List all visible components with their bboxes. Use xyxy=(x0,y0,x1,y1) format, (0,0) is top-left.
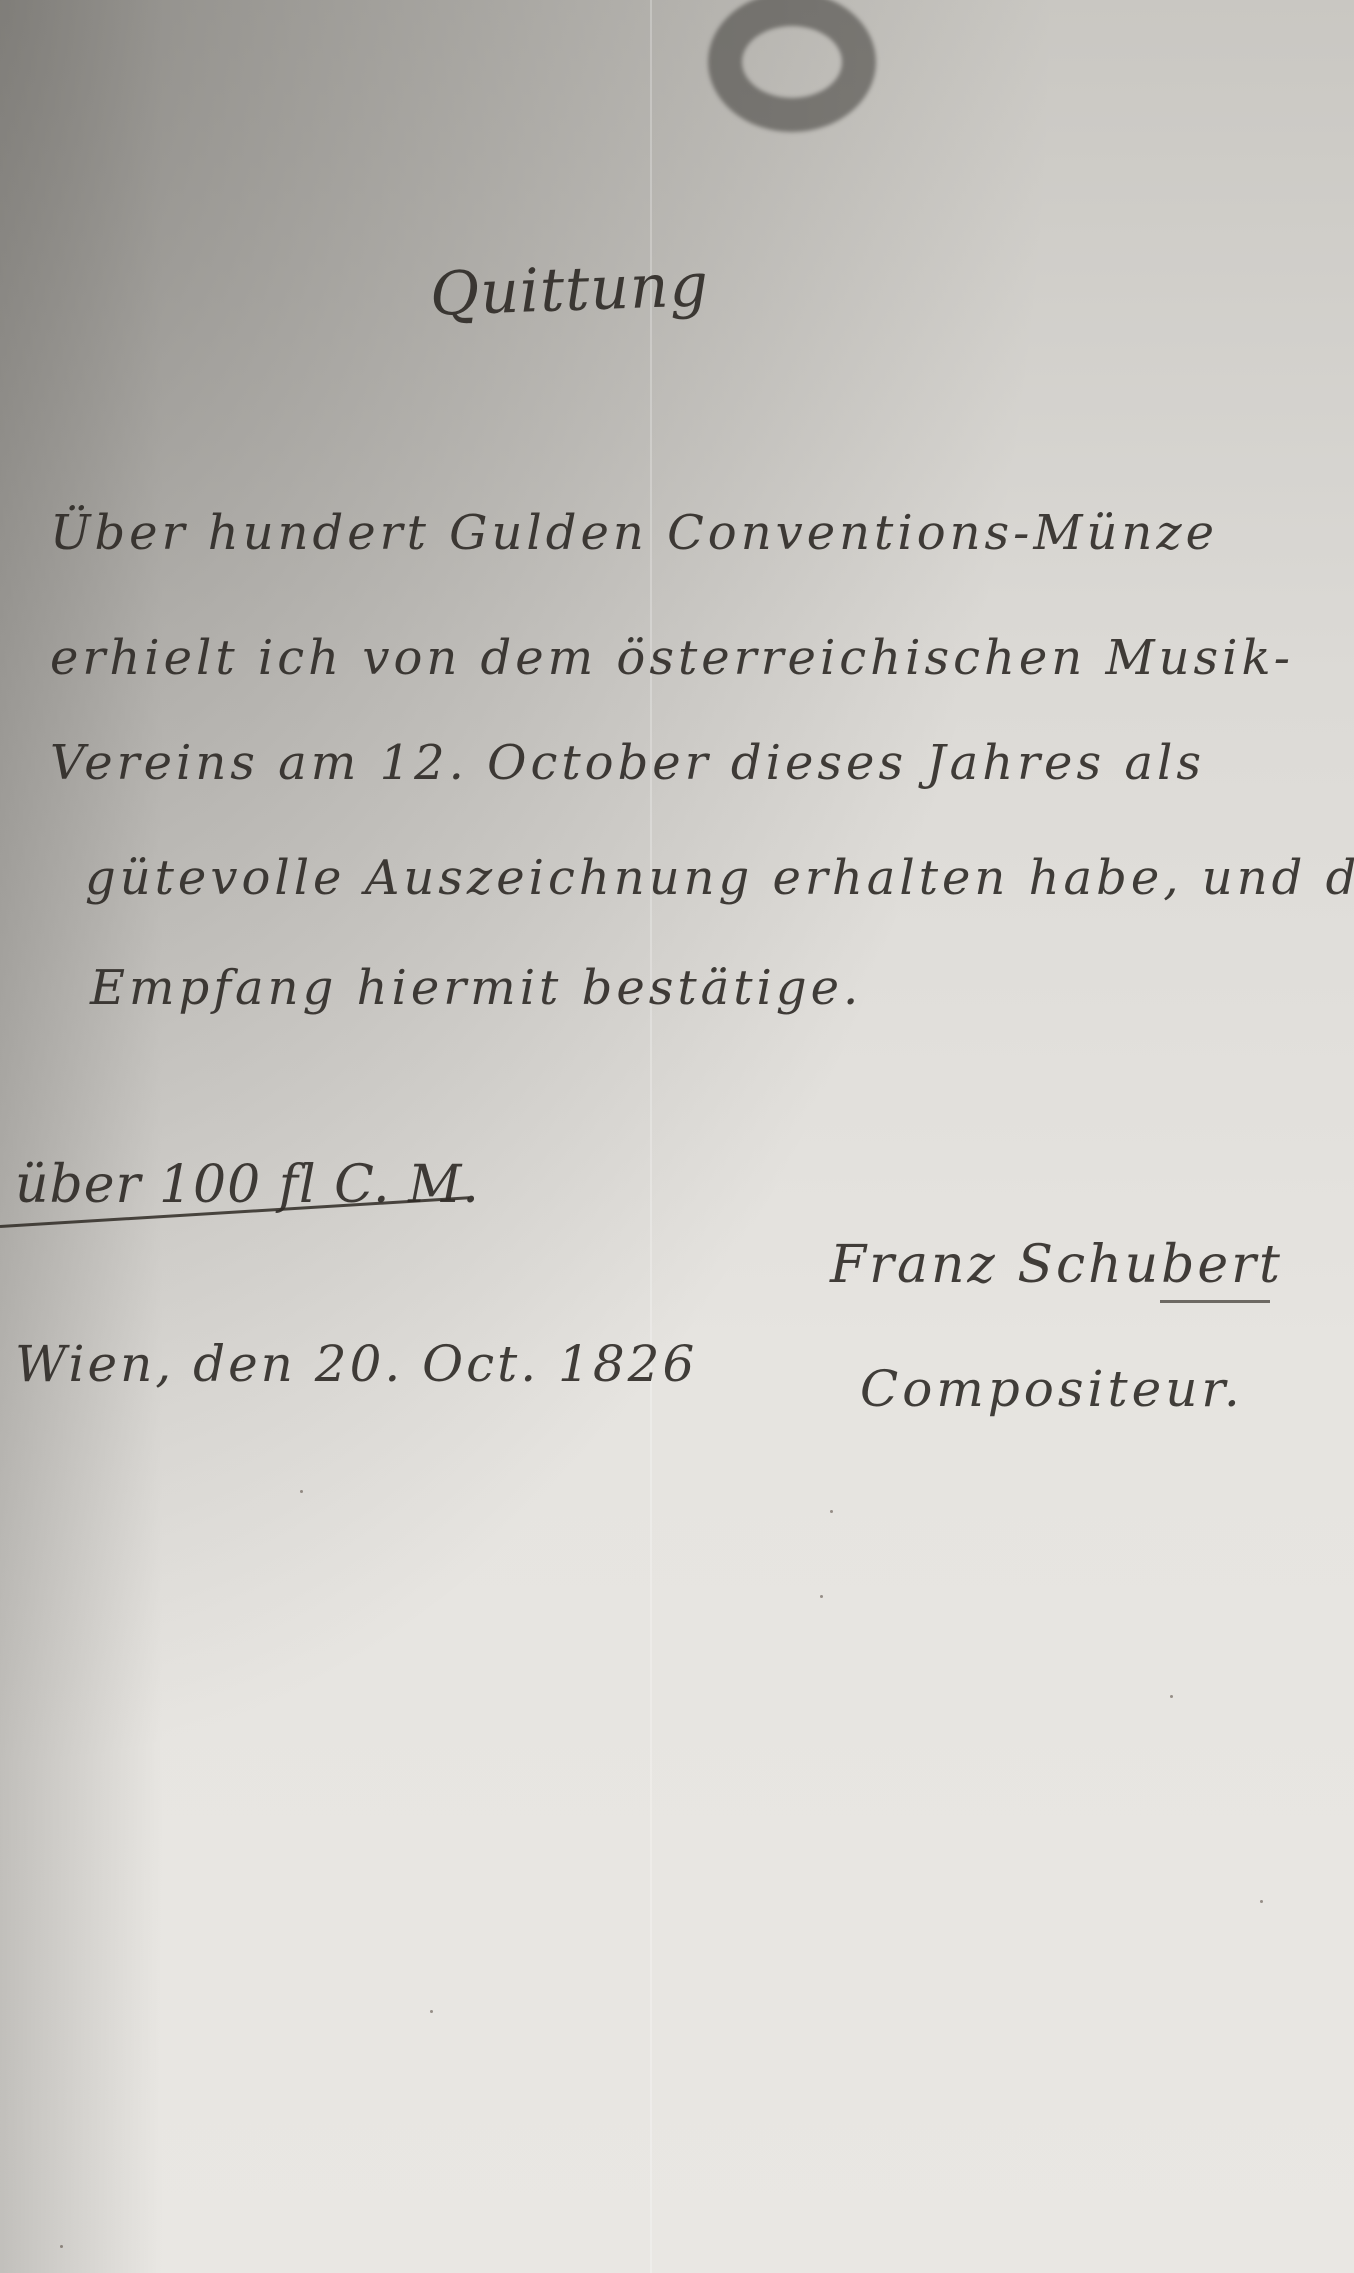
signature-title: Compositeur. xyxy=(860,1360,1244,1418)
document-title: Quittung xyxy=(429,250,710,330)
place-date: Wien, den 20. Oct. 1826 xyxy=(15,1335,697,1393)
signature: Franz Schubert xyxy=(830,1235,1283,1295)
paper-speck xyxy=(1170,1695,1173,1698)
paper-speck xyxy=(430,2010,433,2013)
paper-speck xyxy=(830,1510,833,1513)
paper-speck xyxy=(820,1595,823,1598)
amount-line: über 100 fl C. M. xyxy=(15,1155,480,1215)
circular-library-stamp-icon xyxy=(708,0,876,132)
paper-speck xyxy=(60,2245,63,2248)
paper-speck xyxy=(1260,1900,1263,1903)
signature-flourish xyxy=(1160,1300,1270,1303)
body-line-4: gütevolle Auszeichnung erhalten habe, un… xyxy=(85,850,1354,906)
body-line-1: Über hundert Gulden Conventions-Münze xyxy=(50,505,1218,561)
document-page: Quittung Über hundert Gulden Conventions… xyxy=(0,0,1354,2273)
body-line-3: Vereins am 12. October dieses Jahres als xyxy=(50,735,1205,791)
paper-fold-line xyxy=(650,0,652,2273)
paper-speck xyxy=(300,1490,303,1493)
body-line-2: erhielt ich von dem österreichischen Mus… xyxy=(50,630,1294,686)
body-line-5: Empfang hiermit bestätige. xyxy=(90,960,862,1016)
